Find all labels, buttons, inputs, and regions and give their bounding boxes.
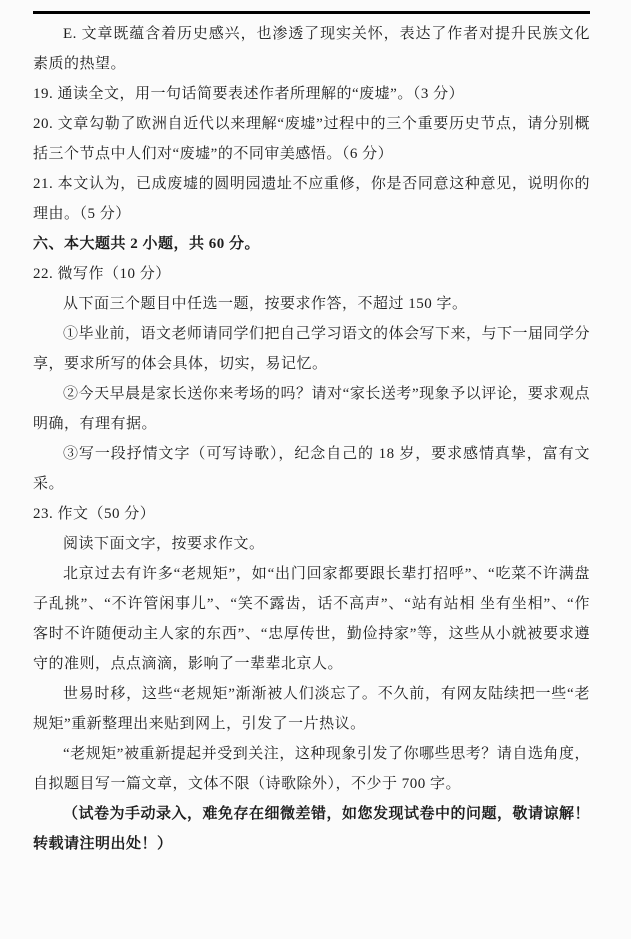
q23-material-paragraph-1: 北京过去有许多“老规矩”，如“出门回家都要跟长辈打招呼”、“吃菜不许满盘子乱挑”… (33, 559, 590, 679)
q22-option-1: ①毕业前，语文老师请同学们把自己学习语文的体会写下来，与下一届同学分享，要求所写… (33, 319, 590, 379)
question-21: 21. 本文认为，已成废墟的圆明园遗址不应重修，你是否同意这种意见，说明你的理由… (33, 169, 590, 229)
question-22-title: 22. 微写作（10 分） (33, 259, 590, 289)
question-19: 19. 通读全文，用一句话简要表述作者所理解的“废墟”。（3 分） (33, 79, 590, 109)
q22-option-3: ③写一段抒情文字（可写诗歌），纪念自己的 18 岁，要求感情真挚，富有文采。 (33, 439, 590, 499)
q23-material-paragraph-2: 世易时移，这些“老规矩”渐渐被人们淡忘了。不久前，有网友陆续把一些“老规矩”重新… (33, 679, 590, 739)
option-e-text: E. 文章既蕴含着历史感兴，也渗透了现实关怀，表达了作者对提升民族文化素质的热望… (33, 19, 590, 79)
exam-page: E. 文章既蕴含着历史感兴，也渗透了现实关怀，表达了作者对提升民族文化素质的热望… (0, 0, 631, 939)
section-six-heading: 六、本大题共 2 小题，共 60 分。 (33, 229, 590, 259)
question-23-title: 23. 作文（50 分） (33, 499, 590, 529)
top-rule (33, 11, 590, 14)
q22-instructions: 从下面三个题目中任选一题，按要求作答，不超过 150 字。 (33, 289, 590, 319)
q23-instructions: 阅读下面文字，按要求作文。 (33, 529, 590, 559)
q23-prompt: “老规矩”被重新提起并受到关注，这种现象引发了你哪些思考？请自选角度，自拟题目写… (33, 739, 590, 799)
q22-option-2: ②今天早晨是家长送你来考场的吗？请对“家长送考”现象予以评论，要求观点明确，有理… (33, 379, 590, 439)
question-20: 20. 文章勾勒了欧洲自近代以来理解“废墟”过程中的三个重要历史节点，请分别概括… (33, 109, 590, 169)
transcription-note: （试卷为手动录入，难免存在细微差错，如您发现试卷中的问题，敬请谅解！转载请注明出… (33, 799, 590, 859)
